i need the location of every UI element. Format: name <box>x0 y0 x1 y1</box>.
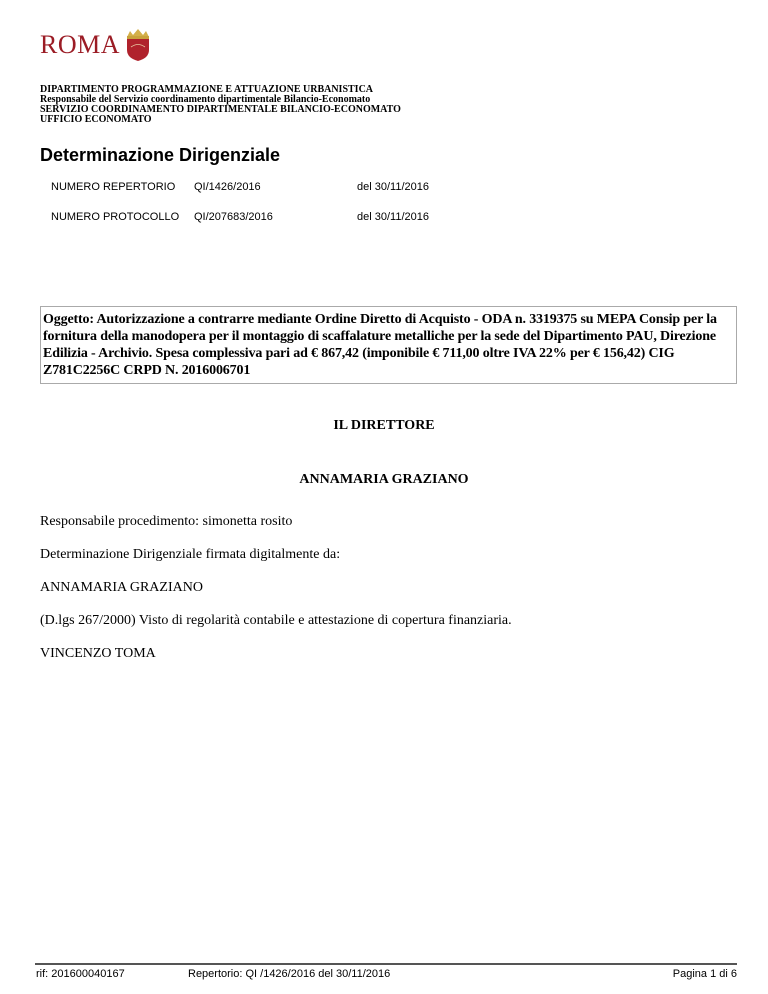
logo-text: ROMA <box>40 32 120 58</box>
repertorio-date: del 30/11/2016 <box>357 181 429 193</box>
document-title: Determinazione Dirigenziale <box>40 145 280 166</box>
responsible-line: Responsabile procedimento: simonetta ros… <box>40 514 292 530</box>
protocollo-date: del 30/11/2016 <box>357 211 429 223</box>
accounting-signer-name: VINCENZO TOMA <box>40 646 156 662</box>
footer-page-number: Pagina 1 di 6 <box>673 968 737 980</box>
accounting-note: (D.lgs 267/2000) Visto di regolarità con… <box>40 613 512 629</box>
signer-name: ANNAMARIA GRAZIANO <box>40 580 203 596</box>
footer-ref: rif: 201600040167 <box>36 968 125 980</box>
roma-logo: ROMA <box>40 27 153 63</box>
repertorio-number: QI/1426/2016 <box>194 181 261 193</box>
footer-divider <box>35 963 737 965</box>
department-header: DIPARTIMENTO PROGRAMMAZIONE E ATTUAZIONE… <box>40 85 401 125</box>
director-heading: IL DIRETTORE <box>0 418 768 434</box>
department-line: UFFICIO ECONOMATO <box>40 115 401 125</box>
rome-coat-of-arms-icon <box>123 28 153 62</box>
director-name: ANNAMARIA GRAZIANO <box>0 472 768 488</box>
protocollo-label: NUMERO PROTOCOLLO <box>51 211 179 223</box>
subject-text: Oggetto: Autorizzazione a contrarre medi… <box>43 311 734 379</box>
repertorio-label: NUMERO REPERTORIO <box>51 181 175 193</box>
signed-by-label: Determinazione Dirigenziale firmata digi… <box>40 547 340 563</box>
footer-repertorio: Repertorio: QI /1426/2016 del 30/11/2016 <box>188 968 390 980</box>
subject-box: Oggetto: Autorizzazione a contrarre medi… <box>40 306 737 384</box>
protocollo-number: QI/207683/2016 <box>194 211 273 223</box>
